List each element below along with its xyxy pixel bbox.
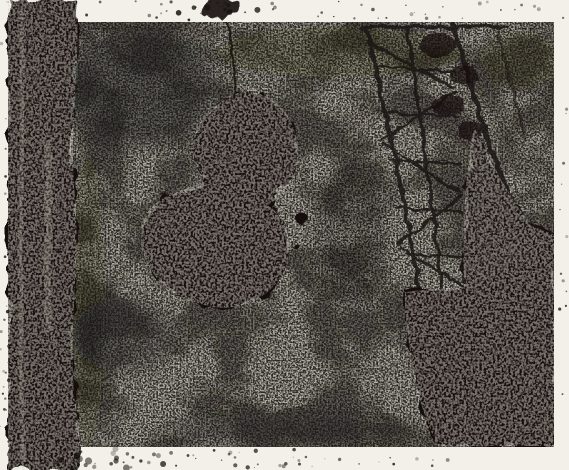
ink-speck [223,8,227,12]
ink-speck [537,7,541,11]
ink-speck [324,458,325,459]
ink-speck [360,4,362,6]
ink-speck [565,305,567,307]
ink-speck [500,9,502,11]
ink-speck [234,456,237,459]
ink-speck [432,459,434,461]
ink-speck [415,457,419,461]
ink-speck [486,1,489,4]
ink-speck [200,12,202,14]
ink-speck [2,393,4,395]
ink-speck [67,453,68,454]
ink-speck [442,6,444,8]
ink-speck [320,11,323,14]
ink-speck [16,455,18,457]
lattice-dark-patch [451,65,479,85]
ink-speck [378,461,379,462]
ink-speck [254,449,258,453]
ink-speck [514,9,515,10]
lattice-dark-patch [420,33,456,57]
ink-speck [4,397,7,400]
ink-speck [378,17,379,18]
ink-speck [74,453,80,459]
ink-speck [94,463,96,465]
ink-speck [558,308,561,311]
ink-speck [565,108,568,111]
ink-speck [3,319,5,321]
ink-speck [5,148,7,150]
ink-speck [166,10,168,12]
ink-speck [254,7,260,13]
ink-speck [317,15,319,17]
ink-speck [195,458,196,459]
ink-speck [292,448,296,452]
ink-speck [438,16,441,19]
ink-speck [3,386,5,388]
ink-speck [239,452,240,453]
ink-speck [6,2,7,3]
ink-speck [55,461,58,464]
ink-speck [176,10,182,16]
ink-speck [204,5,210,11]
ink-speck [333,16,334,17]
newsprint-photo [0,0,569,470]
shade-patch [72,150,104,450]
ink-speck [160,12,162,14]
ink-speck [45,450,47,452]
ink-speck [358,463,360,465]
ink-speck [562,279,565,282]
ink-speck [246,465,250,469]
ink-speck [148,14,152,18]
ink-speck [5,409,7,411]
ink-speck [478,2,482,6]
ink-speck [405,4,407,6]
shade-patch [160,414,420,446]
ink-speck [131,456,134,459]
ink-speck [219,6,220,7]
ink-speck [311,466,312,467]
ink-speck [5,372,7,374]
ink-speck [155,16,158,19]
ink-speck [156,453,161,458]
ink-speck [147,461,151,465]
ink-speck [58,457,63,462]
ink-speck [425,17,428,20]
shade-patch [312,165,388,305]
ink-speck [210,1,212,3]
ink-speck [224,1,227,4]
ink-speck [4,175,7,178]
ink-speck [192,454,194,456]
ink-speck [99,1,102,4]
ink-speck [270,2,274,6]
ink-speck [109,462,113,466]
ink-speck [233,2,235,4]
ink-speck [298,463,301,466]
ink-speck [6,25,7,26]
ink-speck [560,273,562,275]
ink-speck [8,1,9,2]
ink-speck [8,81,11,84]
ink-speck [2,370,5,373]
ink-speck [533,5,536,8]
ink-speck [446,458,450,462]
ink-speck [192,5,197,10]
ink-speck [414,12,415,13]
ink-speck [462,18,463,19]
load-fragment-dot [297,213,308,224]
ink-speck [565,113,566,114]
ink-speck [562,162,565,165]
ink-speck [385,17,387,19]
ink-speck [175,465,177,467]
ink-speck [227,9,233,15]
lattice-dark-patch [432,95,464,115]
ink-speck [566,291,568,293]
ink-speck [233,463,237,467]
ink-speck [170,0,173,3]
ink-speck [130,466,133,469]
ink-speck [222,5,224,7]
shade-patch [480,30,560,90]
ink-speck [6,306,7,307]
ink-speck [4,255,7,258]
ink-speck [425,13,427,15]
ink-speck [221,460,222,461]
ink-speck [297,459,300,462]
ink-speck [431,464,434,467]
ink-speck [282,464,286,468]
ink-speck [392,463,395,466]
ink-speck [6,310,10,314]
ink-speck [123,461,125,463]
ink-speck [520,4,523,7]
ink-speck [273,6,277,10]
ink-speck [7,219,9,221]
ink-speck [85,457,92,464]
ink-speck [92,465,96,469]
ink-speck [257,463,259,465]
ink-speck [389,457,391,459]
ink-speck [228,451,232,455]
ink-speck [213,449,216,452]
ink-speck [371,8,375,12]
ink-speck [160,461,166,467]
ink-speck [46,460,48,462]
ink-speck [3,408,6,411]
ink-speck [338,458,341,461]
ink-speck [561,183,562,184]
ink-speck [293,457,294,458]
ink-speck [4,192,7,195]
ink-speck [27,452,30,455]
shade-patch [60,30,216,146]
ink-speck [5,118,6,119]
ink-speck [85,14,88,17]
ink-speck [187,454,190,457]
ink-speck [559,209,560,210]
ink-speck [114,455,119,460]
ink-speck [338,1,340,3]
ink-speck [305,456,308,459]
ink-speck [169,451,173,455]
photo-canvas [0,0,569,470]
ink-speck [139,459,142,462]
ink-speck [160,3,163,6]
ink-speck [7,378,10,381]
ink-speck [152,452,156,456]
ink-speck [9,449,12,452]
ink-speck [562,393,564,395]
ink-speck [278,464,281,467]
ink-speck [188,19,191,22]
ink-speck [254,467,255,468]
ink-speck [226,3,230,7]
ink-speck [126,452,129,455]
ink-speck [216,1,219,4]
ink-speck [62,449,66,453]
ink-speck [410,12,414,16]
load-fragment-dot [294,244,300,250]
ink-speck [135,0,137,2]
ink-speck [112,446,118,452]
ink-speck [68,466,69,467]
ink-speck [79,450,82,453]
ink-speck [562,17,564,19]
ink-speck [7,441,9,443]
ink-speck [6,183,9,186]
ink-speck [353,17,355,19]
ink-speck [7,85,10,88]
ink-speck [244,11,246,13]
ink-speck [565,235,568,238]
